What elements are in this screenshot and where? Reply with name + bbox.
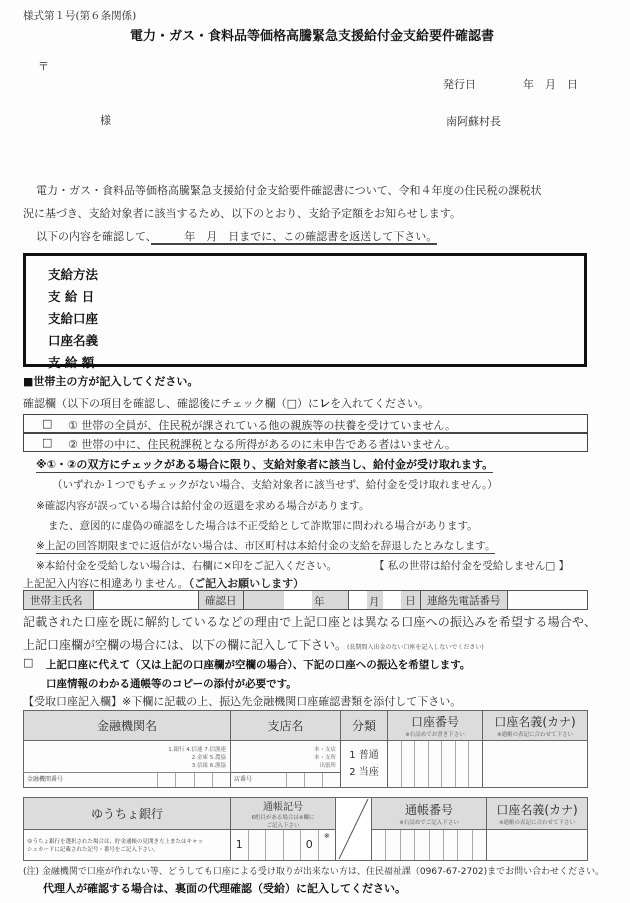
institution-header: 金融機関名: [24, 711, 231, 741]
alt-account-checkbox[interactable]: □: [23, 656, 33, 669]
diagonal-slash-icon: [336, 798, 371, 860]
check-instruction-text: 確認欄（以下の項目を確認し、確認後にチェック欄（□）に: [23, 397, 319, 410]
symbol-note-2: ご記入下さい: [231, 821, 335, 829]
account-holder-header: 口座名義(カナ) ※通帳の表記に合わせて下さい: [483, 711, 588, 741]
symbol-digit-1: 1: [231, 830, 248, 860]
check-instruction-end: を入れてください。: [330, 397, 429, 410]
postal-mark: 〒: [38, 58, 49, 74]
month-field[interactable]: 月: [349, 591, 401, 610]
yucho-instruction-1: ゆうちょ銀行を選択された場合は、貯金通帳の見開き左上またはキャッ: [27, 837, 230, 845]
symbol-digit-5: 0: [300, 830, 318, 860]
account-entry-section-label: 【受取口座記入欄】※下欄に記載の上、振込先金融機関口座確認書類を添付して下さい。: [23, 693, 461, 709]
checkbox-1[interactable]: □: [42, 417, 52, 430]
alt-account-line-1: 記載された口座を既に解約しているなどの理由で上記口座とは異なる口座への振込みを希…: [23, 613, 596, 630]
account-number-field[interactable]: [388, 741, 483, 788]
payment-date-label: 支 給 日: [48, 287, 94, 305]
yucho-holder-note: ※通帳の表記に合わせて下さい: [487, 818, 587, 826]
yucho-holder-header: 口座名義(カナ) ※通帳の表記に合わせて下さい: [487, 798, 588, 830]
household-heading: ■世帯主の方が記入してください。: [23, 373, 198, 389]
issuer-name: 南阿蘇村長: [446, 113, 501, 129]
yucho-instruction-2: シュカードに記載された記号・番号をご記入下さい。: [27, 845, 230, 853]
account-number-header: 口座番号 ※右詰めでお書き下さい: [388, 711, 483, 741]
passbook-number-note: ※右詰めでご記入下さい: [372, 818, 486, 826]
branch-header: 支店名: [231, 711, 341, 741]
intro-line-1: 電力・ガス・食料品等価格高騰緊急支援給付金支給要件確認書について、令和４年度の住…: [36, 182, 542, 198]
eligibility-note-paren: （いずれか１つでもチェックがない場合、支給対象者に該当せず、給付金を受け取れませ…: [52, 477, 498, 492]
confirmation-statement: 上記記入内容に相違ありません。（ご記入お願いします）: [23, 575, 304, 591]
footer-note: (注) 金融機関で口座が作れない等、どうしても口座による受け取りが出来ない方は、…: [23, 864, 604, 877]
account-holder-field[interactable]: [483, 741, 588, 788]
confirm-prefix: 上記記入内容に相違ありません。: [23, 577, 189, 590]
confirm-date-label: 確認日: [199, 591, 244, 610]
branch-type-1: 本・支店: [231, 745, 336, 753]
category-select[interactable]: 1 普通 2 当座: [341, 741, 388, 788]
branch-code-row[interactable]: 店番号: [231, 773, 341, 788]
account-number-note: ※右詰めでお書き下さい: [388, 730, 482, 738]
category-header: 分類: [341, 711, 388, 741]
institution-type-3: 3.信組 6.漁協: [24, 761, 226, 769]
branch-name-field[interactable]: 本・支店 本・支所 出張所: [231, 741, 341, 773]
payment-amount-label: 支 給 額: [48, 353, 94, 371]
yucho-holder-title: 口座名義(カナ): [487, 801, 587, 818]
confirm-bold: （ご記入お願いします）: [189, 577, 305, 590]
alt-account-line-2-note: (長期間入出金のない口座を記入しないでください): [347, 644, 484, 651]
institution-type-2: 2.金庫 5.農協: [24, 753, 226, 761]
symbol-note-1: 6桁目がある場合は※欄に: [231, 813, 335, 821]
account-holder-title: 口座名義(カナ): [483, 713, 587, 730]
check-2-text: ② 世帯の中に、住民税課税となる所得があるのに未申告である者はいません。: [68, 436, 456, 452]
branch-type-2: 本・支所: [231, 753, 336, 761]
phone-field[interactable]: [507, 591, 588, 610]
issue-date-label: 発行日: [443, 76, 476, 92]
institution-name-field[interactable]: 1.銀行 4.信連 7.信漁連 2.金庫 5.農協 3.信組 6.漁協: [24, 741, 231, 773]
day-label: 日: [401, 591, 421, 610]
check-mark-glyph: レ: [319, 397, 330, 410]
copy-required-note: 口座情報のわかる通帳等のコピーの添付が必要です。: [46, 676, 297, 691]
form-number: 様式第１号(第６条関係): [23, 8, 136, 23]
intro-line-3-prefix: 以下の内容を確認して、: [36, 230, 151, 243]
decline-note: ※本給付金を受給しない場合は、右欄に×印をご記入ください。: [36, 558, 337, 573]
branch-type-3: 出張所: [231, 761, 336, 769]
institution-code-label: 金融機関番号: [24, 773, 157, 787]
account-holder-note: ※通帳の表記に合わせて下さい: [483, 730, 587, 738]
passbook-number-title: 通帳番号: [372, 801, 486, 818]
check-1-text: ① 世帯の全員が、住民税が課されている他の親族等の扶養を受けていません。: [68, 417, 456, 433]
deadline-note: ※上記の回答期限までに返信がない場合は、市区町村は本給付金の支給を辞退したとみな…: [36, 538, 495, 554]
payment-account-label: 支給口座: [48, 309, 98, 327]
symbol-digit-6[interactable]: ※: [318, 830, 336, 860]
account-number-title: 口座番号: [388, 713, 482, 730]
institution-code-row[interactable]: 金融機関番号: [24, 773, 231, 788]
symbol-header: 通帳記号 6桁目がある場合は※欄に ご記入下さい: [231, 798, 336, 830]
category-checking[interactable]: 2 当座: [341, 764, 387, 781]
symbol-title: 通帳記号: [231, 798, 335, 813]
passbook-number-header: 通帳番号 ※右詰めでご記入下さい: [372, 798, 487, 830]
phone-label: 連絡先電話番号: [421, 591, 508, 610]
passbook-number-field[interactable]: [372, 830, 487, 861]
householder-name-field[interactable]: [94, 591, 199, 610]
year-label: 年: [314, 594, 325, 609]
intro-line-3: 以下の内容を確認して、 年 月 日までに、この確認書を返送して下さい。: [36, 228, 437, 244]
fraud-note: また、意図的に虚偽の確認をした場合は不正受給として詐欺罪に問われる場合があります…: [48, 518, 478, 533]
check-instruction: 確認欄（以下の項目を確認し、確認後にチェック欄（□）にレを入れてください。: [23, 395, 429, 411]
yucho-table: ゆうちょ銀行 通帳記号 6桁目がある場合は※欄に ご記入下さい 通帳番号 ※右詰…: [23, 797, 588, 861]
checkbox-2[interactable]: □: [42, 436, 52, 449]
alt-account-line-2: 上記口座欄が空欄の場合には、以下の欄に記入して下さい。(長期間入出金のない口座を…: [23, 636, 484, 653]
branch-code-label: 店番号: [231, 773, 286, 787]
intro-line-2: 況に基づき、支給対象者に該当するため、以下のとおり、支給予定額をお知らせします。: [23, 205, 461, 221]
month-label: 月: [369, 594, 380, 609]
refund-note: ※確認内容が誤っている場合は給付金の返還を求める場合があります。: [36, 498, 369, 513]
symbol-field[interactable]: 1 0 ※: [231, 830, 336, 861]
bank-account-table: 金融機関名 支店名 分類 口座番号 ※右詰めでお書き下さい 口座名義(カナ) ※…: [23, 710, 588, 788]
proxy-note: 代理人が確認する場合は、裏面の代理確認（受給）に記入してください。: [43, 880, 406, 896]
confirm-date-field[interactable]: 年: [244, 591, 349, 610]
check-row-2[interactable]: □ ② 世帯の中に、住民税課税となる所得があるのに未申告である者はいません。: [23, 433, 588, 452]
recipient-suffix: 様: [100, 112, 111, 128]
alt-account-line-2-text: 上記口座欄が空欄の場合には、以下の欄に記入して下さい。: [23, 638, 347, 652]
payment-method-label: 支給方法: [48, 265, 98, 283]
eligibility-note: ※①・②の双方にチェックがある場合に限り、支給対象者に該当し、給付金が受け取れま…: [36, 456, 493, 473]
document-title: 電力・ガス・食料品等価格高騰緊急支援給付金支給要件確認書: [130, 25, 494, 44]
decline-checkbox[interactable]: 【 私の世帯は給付金を受給しません□ 】: [374, 558, 569, 573]
account-holder-label: 口座名義: [48, 331, 98, 349]
issue-date-units: 年 月 日: [523, 76, 578, 92]
institution-type-1: 1.銀行 4.信連 7.信漁連: [24, 745, 226, 753]
check-row-1[interactable]: □ ① 世帯の全員が、住民税が課されている他の親族等の扶養を受けていません。: [23, 414, 588, 433]
category-ordinary[interactable]: 1 普通: [341, 747, 387, 764]
householder-name-label: 世帯主氏名: [24, 591, 94, 610]
diagonal-cell: [336, 798, 372, 861]
alt-account-check-text: 上記口座に代えて（又は上記の口座欄が空欄の場合）、下記の口座への振込を希望します…: [46, 657, 470, 672]
yucho-holder-field[interactable]: [487, 830, 588, 861]
payment-info-box: 支給方法 支 給 日 支給口座 口座名義 支 給 額: [23, 253, 587, 367]
return-deadline: 年 月 日までに、この確認書を返送して下さい。: [151, 230, 437, 245]
yucho-instruction: ゆうちょ銀行を選択された場合は、貯金通帳の見開き左上またはキャッ シュカードに記…: [24, 830, 231, 861]
yucho-header: ゆうちょ銀行: [24, 798, 231, 830]
signature-table: 世帯主氏名 確認日 年 月 日 連絡先電話番号: [23, 590, 588, 610]
